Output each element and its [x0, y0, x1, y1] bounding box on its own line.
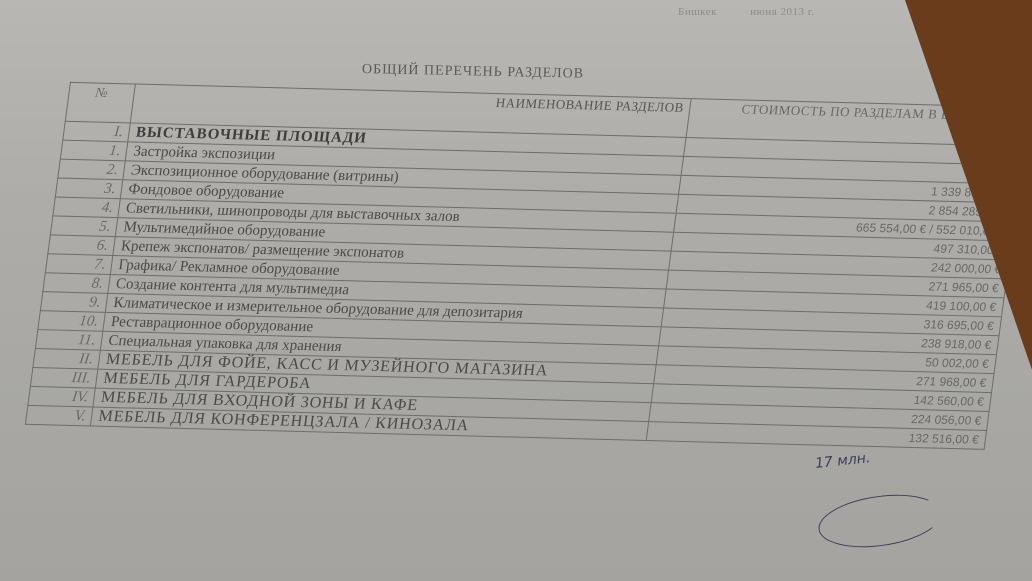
row-number: 6.: [48, 235, 116, 256]
paper-sheet: Бишкек июня 2013 г. ОБЩИЙ ПЕРЕЧЕНЬ РАЗДЕ…: [0, 0, 1032, 581]
sections-table: № НАИМЕНОВАНИЕ РАЗДЕЛОВ СТОИМОСТЬ ПО РАЗ…: [25, 82, 1030, 450]
header-note: Бишкек июня 2013 г.: [678, 6, 845, 18]
row-number: 8.: [43, 273, 111, 294]
row-number: 3.: [55, 178, 123, 199]
row-number: 7.: [45, 254, 113, 275]
header-num: №: [65, 82, 136, 123]
sections-table-wrap: № НАИМЕНОВАНИЕ РАЗДЕЛОВ СТОИМОСТЬ ПО РАЗ…: [0, 80, 980, 449]
row-number: 5.: [50, 216, 118, 237]
handwritten-circle: [815, 488, 945, 555]
row-number: V.: [25, 405, 93, 426]
row-number: III.: [30, 367, 98, 388]
row-number: 2.: [58, 159, 126, 180]
header-date: июня 2013 г.: [750, 6, 815, 18]
row-number: 9.: [40, 292, 108, 313]
header-city: Бишкек: [678, 6, 717, 18]
row-number: 1.: [60, 140, 128, 161]
row-number: 4.: [53, 197, 121, 218]
row-number: 10.: [38, 311, 106, 332]
row-number: IV.: [28, 386, 96, 407]
row-number: 11.: [35, 330, 103, 351]
document-title: ОБЩИЙ ПЕРЕЧЕНЬ РАЗДЕЛОВ: [362, 62, 584, 83]
row-number: II.: [33, 349, 101, 370]
handwritten-note: 17 млн.: [814, 450, 871, 472]
row-number: I.: [63, 121, 131, 142]
